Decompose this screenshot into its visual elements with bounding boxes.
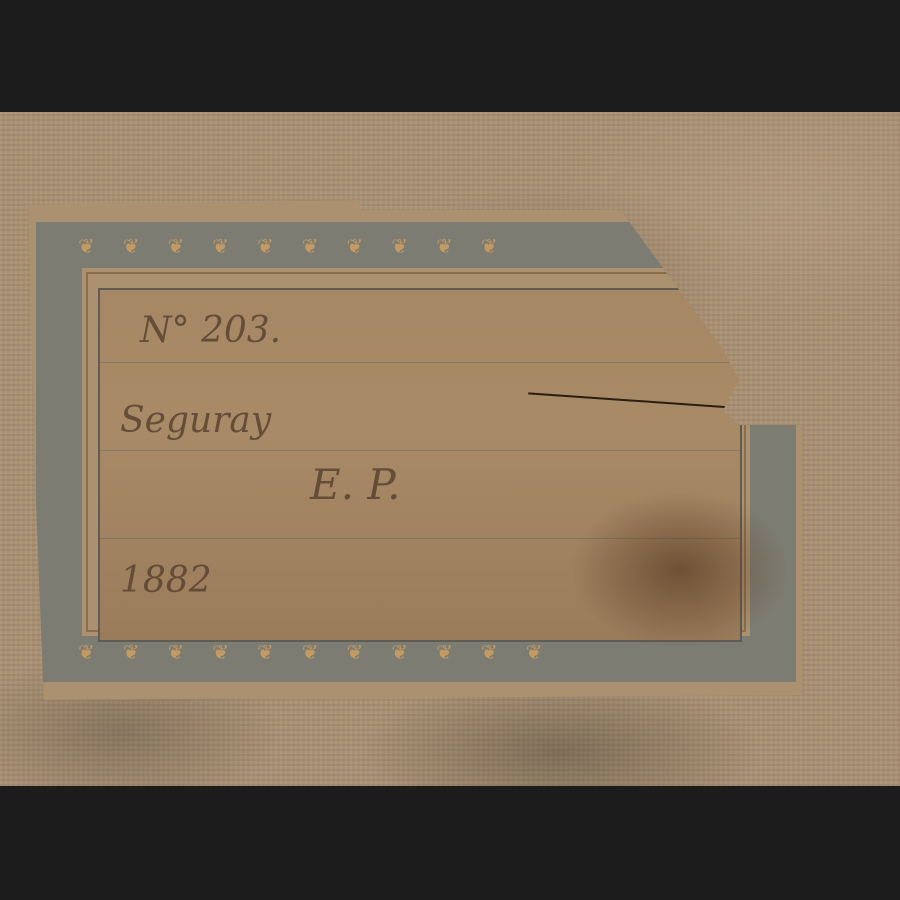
leaf-ornament-row-bottom: ❦❦❦❦❦❦❦❦❦❦❦ (78, 640, 570, 664)
handwritten-initials: E. P. (310, 460, 400, 509)
ruled-line (100, 450, 740, 451)
ruled-line (100, 362, 740, 363)
label-writing-area: N° 203. Seguray E. P. 1882 (98, 288, 742, 642)
water-stain (570, 490, 790, 650)
handwritten-year: 1882 (120, 560, 212, 601)
catalog-number: N° 203. (140, 310, 281, 351)
handwritten-name: Seguray (120, 400, 271, 441)
leaf-ornament-row-top: ❦❦❦❦❦❦❦❦❦❦ (78, 234, 526, 258)
